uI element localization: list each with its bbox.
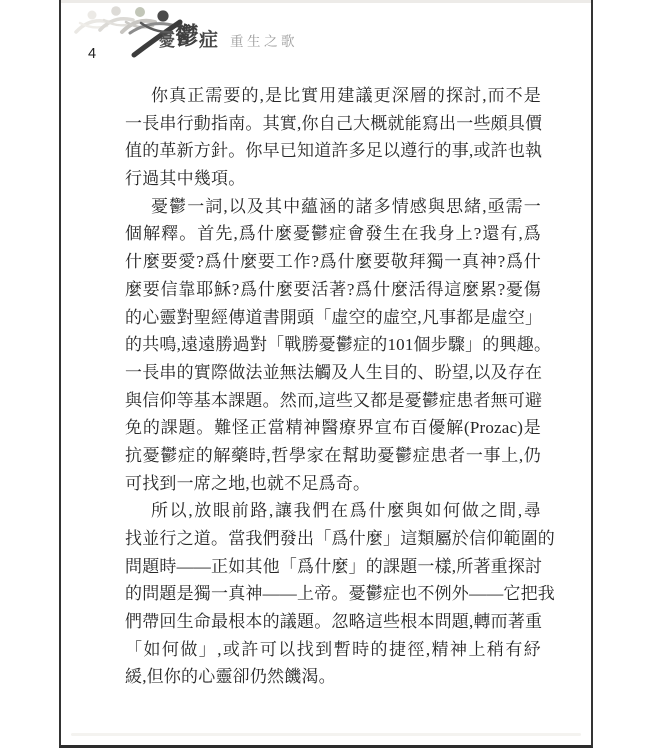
book-page: 憂 鬱 症 重生之歌 4 你真正需要的,是比實用建議更深層的探討,而不是一長串行… xyxy=(59,0,593,748)
text-line: 緩,但你的心靈卻仍然饑渴。 xyxy=(125,663,541,691)
body-text: 你真正需要的,是比實用建議更深層的探討,而不是一長串行動指南。其實,你自己大概就… xyxy=(125,82,541,691)
text-line: 免的課題。難怪正當精神醫療界宣布百優解(Prozac)是 xyxy=(125,414,541,442)
text-line: 憂鬱一詞,以及其中蘊涵的諸多情感與思緒,亟需一 xyxy=(125,193,541,221)
text-line: 個解釋。首先,爲什麼憂鬱症會發生在我身上?還有,爲 xyxy=(125,220,541,248)
text-line: 你真正需要的,是比實用建議更深層的探討,而不是 xyxy=(125,82,541,110)
text-line: 什麼要愛?爲什麼要工作?爲什麼要敬拜獨一真神?爲什 xyxy=(125,248,541,276)
text-line: 「如何做」,或許可以找到暫時的捷徑,精神上稍有紓 xyxy=(125,636,541,664)
text-line: 行過其中幾項。 xyxy=(125,165,541,193)
text-line: 找並行之道。當我們發出「爲什麼」這類屬於信仰範圍的 xyxy=(125,525,541,553)
book-title-char: 症 xyxy=(199,25,218,52)
text-line: 的問題是獨一真神——上帝。憂鬱症也不例外——它把我 xyxy=(125,580,541,608)
text-line: 值的革新方針。你早已知道許多足以遵行的事,或許也執 xyxy=(125,137,541,165)
book-title-char: 鬱 xyxy=(175,16,199,51)
text-line: 一長串的實際做法並無法觸及人生目的、盼望,以及存在 xyxy=(125,359,541,387)
text-line: 一長串行動指南。其實,你自己大概就能寫出一些頗具價 xyxy=(125,110,541,138)
text-line: 們帶回生命最根本的議題。忽略這些根本問題,轉而著重 xyxy=(125,608,541,636)
book-title-char: 憂 xyxy=(159,28,175,51)
book-title: 憂 鬱 症 重生之歌 xyxy=(159,18,298,53)
text-line: 的心靈對聖經傳道書開頭「虛空的虛空,凡事都是虛空」 xyxy=(125,304,541,332)
text-line: 抗憂鬱症的解藥時,哲學家在幫助憂鬱症患者一事上,仍 xyxy=(125,442,541,470)
text-line: 可找到一席之地,也就不足爲奇。 xyxy=(125,470,541,498)
page-number: 4 xyxy=(88,46,96,62)
book-subtitle: 重生之歌 xyxy=(230,30,298,50)
scan-edge-bottom xyxy=(71,733,581,736)
text-line: 與信仰等基本課題。然而,這些又都是憂鬱症患者無可避 xyxy=(125,387,541,415)
text-line: 麼要信靠耶穌?爲什麼要活著?爲什麼活得這麼累?憂傷 xyxy=(125,276,541,304)
text-line: 問題時——正如其他「爲什麼」的課題一樣,所著重探討 xyxy=(125,553,541,581)
page-header: 憂 鬱 症 重生之歌 xyxy=(61,0,591,74)
text-line: 所以,放眼前路,讓我們在爲什麼與如何做之間,尋 xyxy=(125,497,541,525)
text-line: 的共鳴,遠遠勝過對「戰勝憂鬱症的101個步驟」的興趣。 xyxy=(125,331,541,359)
